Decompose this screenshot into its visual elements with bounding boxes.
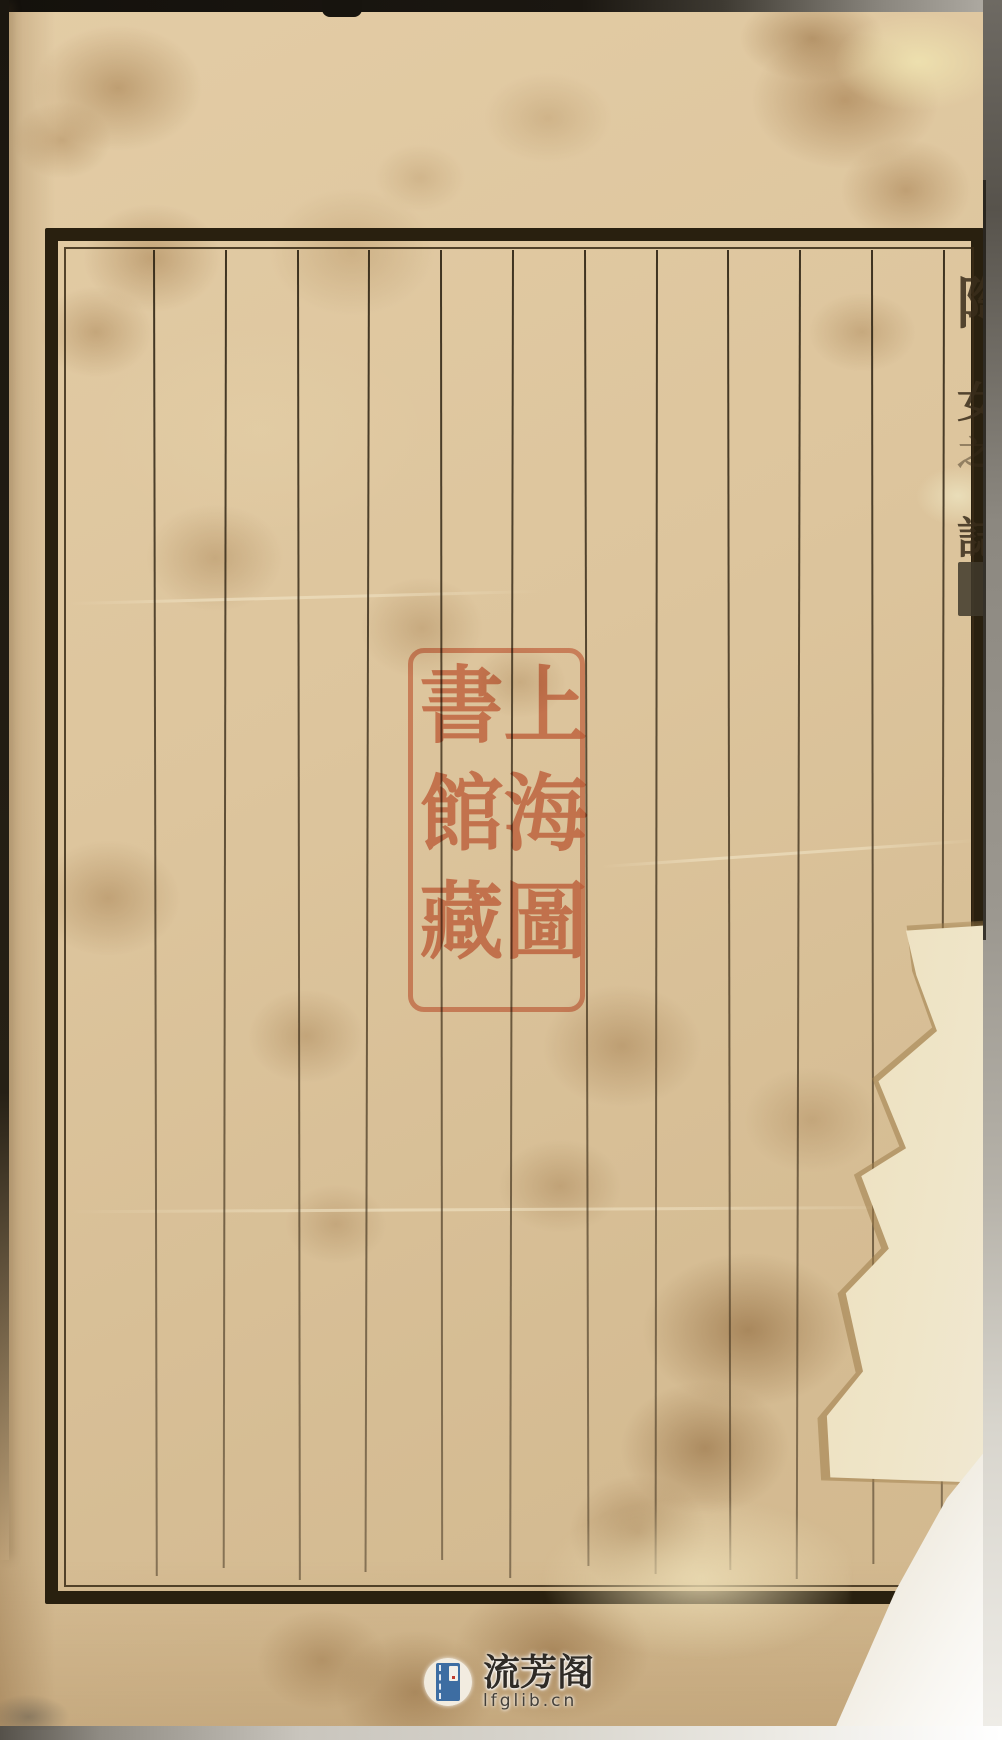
book-cover: [436, 1663, 460, 1701]
column-rule-line: [796, 250, 801, 1579]
book-stitch-line: [439, 1665, 441, 1699]
column-rule-line: [297, 250, 301, 1580]
watermark: 流芳阁 lfglib.cn: [424, 1652, 594, 1712]
watermark-site-url: lfglib.cn: [483, 1693, 594, 1710]
watermark-site-name: 流芳阁: [483, 1654, 594, 1692]
column-rule-line: [727, 250, 731, 1570]
scanned-book-page: 上海圖書館藏 陶 女 之 誌 流芳阁 lfglib.cn: [0, 0, 1002, 1740]
column-rule-line: [153, 250, 158, 1576]
column-rule-line: [222, 250, 226, 1568]
column-rule-line: [365, 250, 370, 1572]
column-rule-line: [654, 250, 657, 1574]
scan-edge-right: [983, 0, 1002, 1740]
scan-edge-bottom: [0, 1726, 1002, 1740]
scan-edge-top: [0, 0, 1002, 12]
book-title-label: [449, 1666, 458, 1681]
seal-text: 上海圖書館藏: [413, 661, 581, 1001]
watermark-text-block: 流芳阁 lfglib.cn: [483, 1654, 594, 1710]
shanghai-library-seal: 上海圖書館藏: [408, 648, 585, 1012]
watermark-book-icon: [424, 1658, 472, 1706]
scan-edge-left: [0, 0, 9, 1560]
